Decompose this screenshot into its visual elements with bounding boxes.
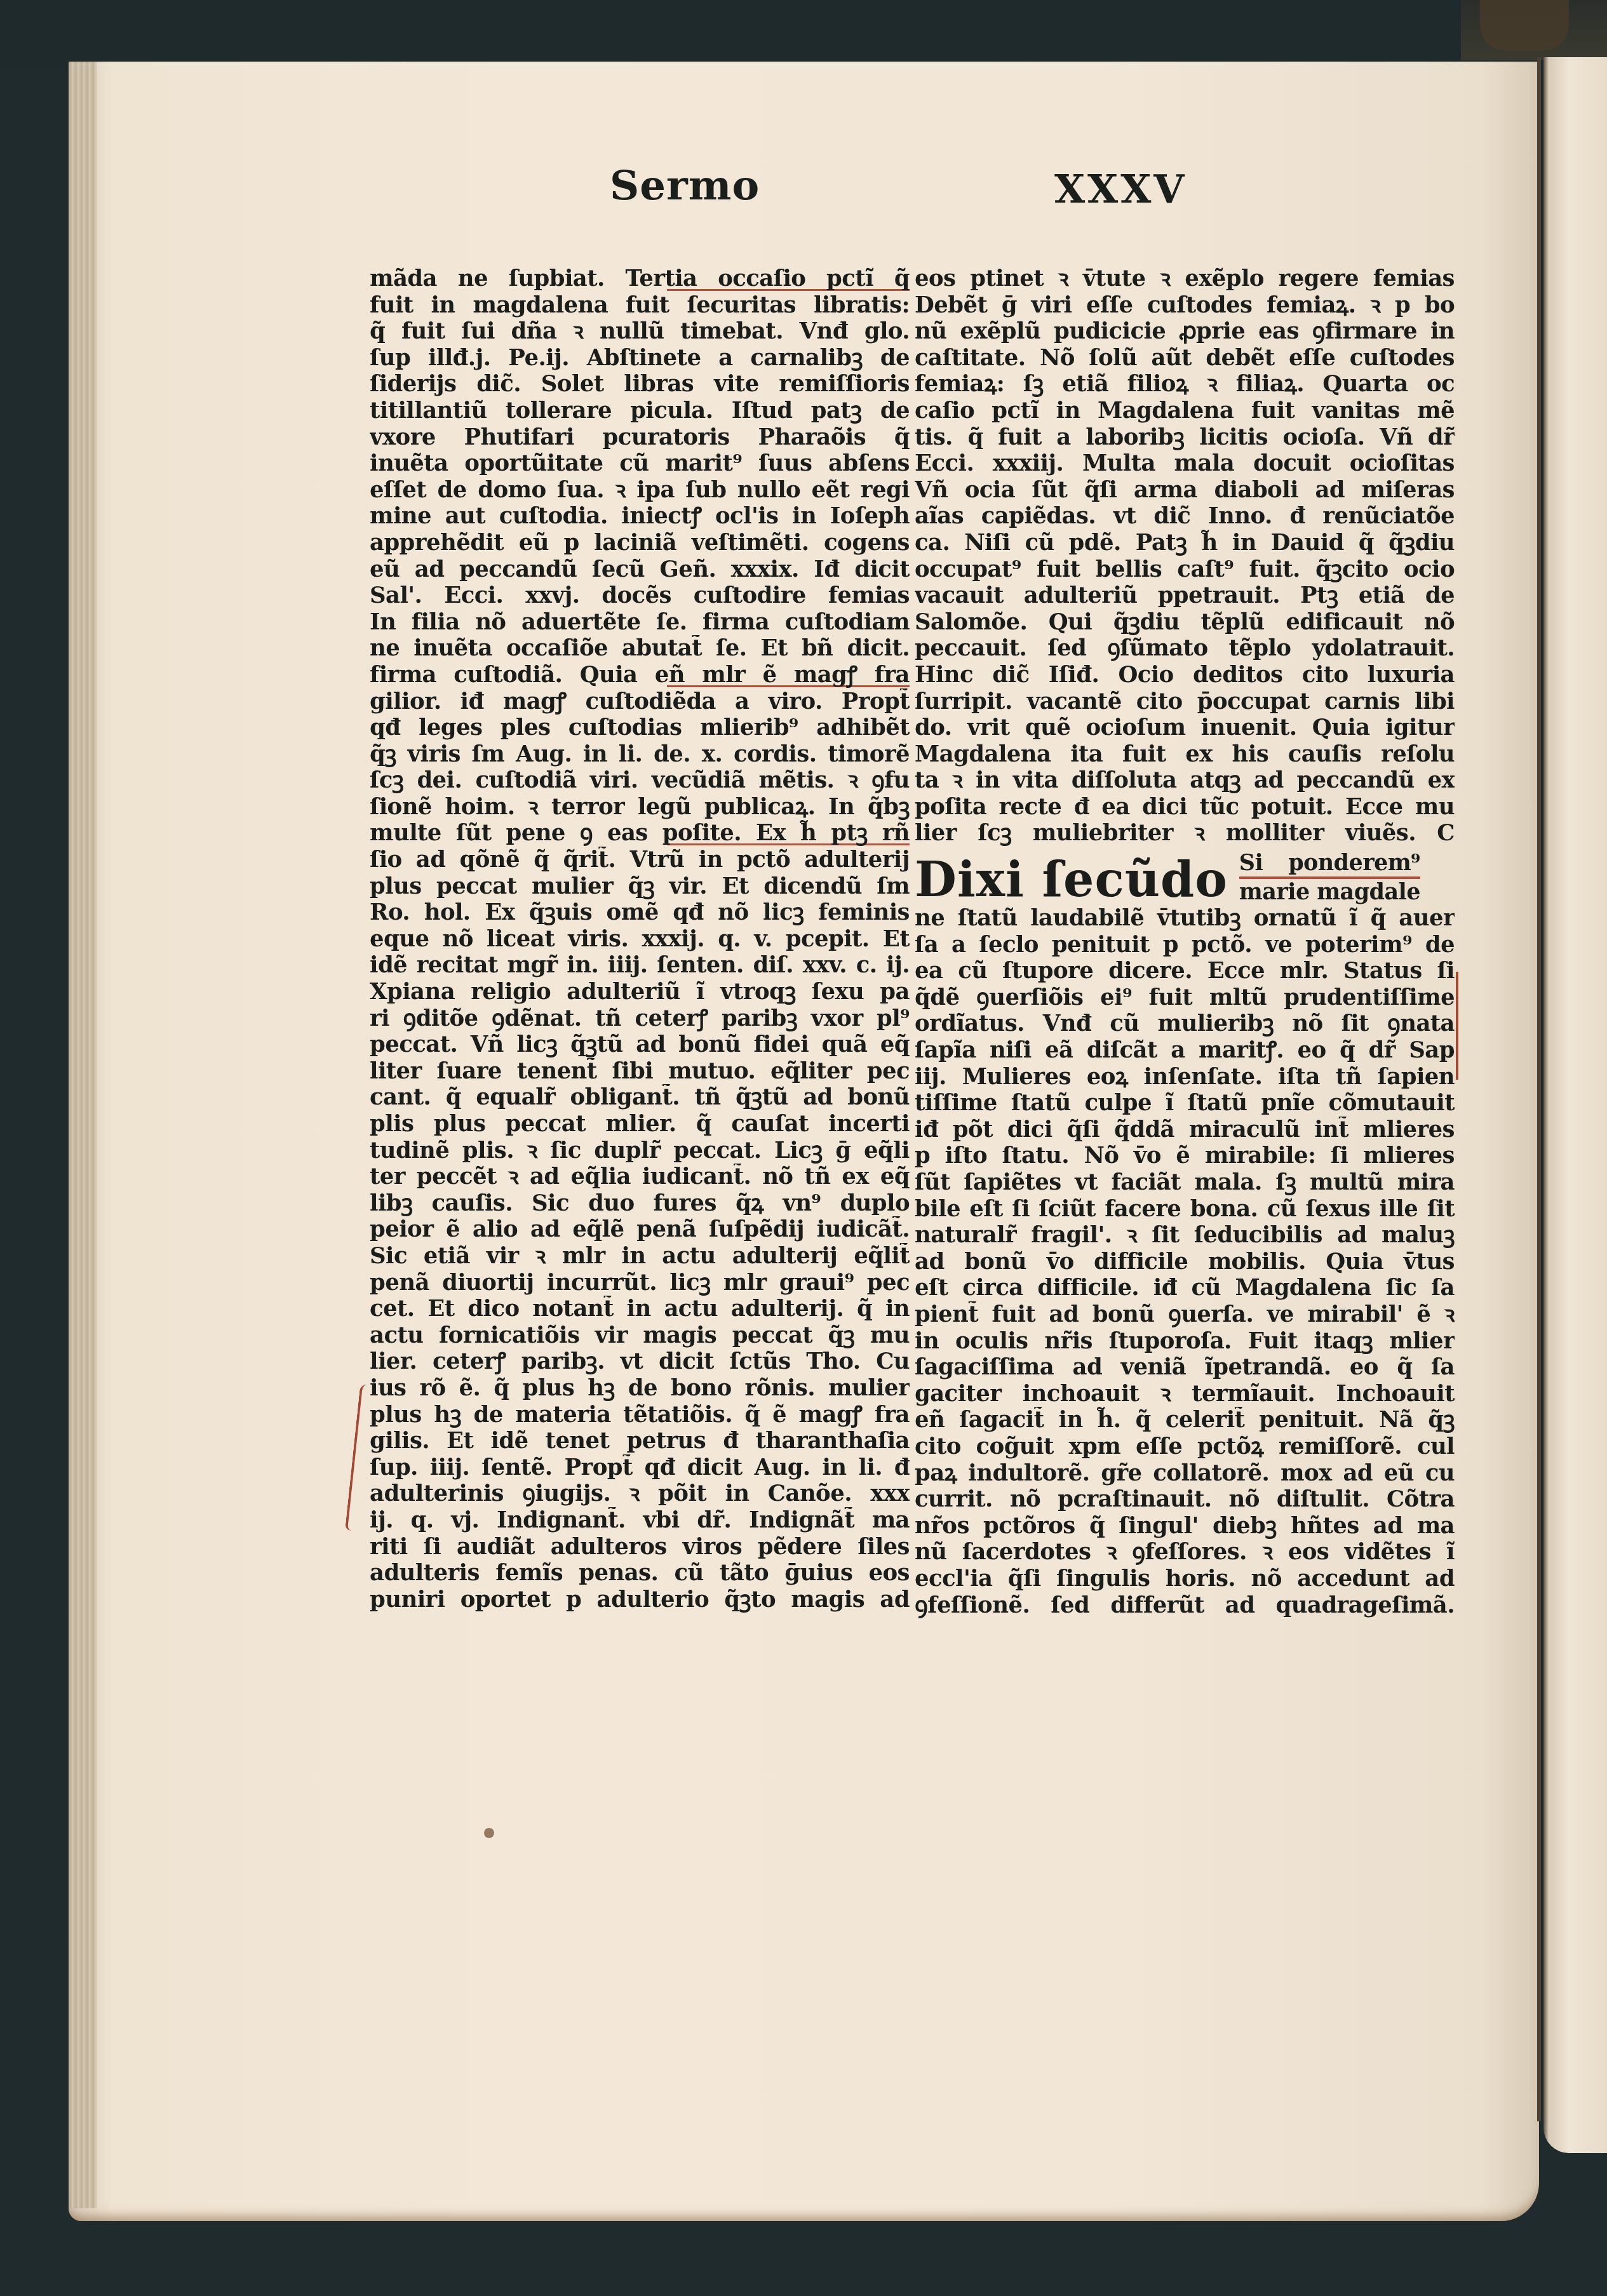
text-line: ſa a ſeclo penituit p pctõ. ve poterim⁹ … bbox=[915, 932, 1455, 958]
text-line: ſapĩa niſi eã diſcãt a maritꝭ. eo q̃ dr̃… bbox=[915, 1037, 1455, 1064]
text-line: cet. Et dico notant̃ in actu adulterij. … bbox=[370, 1296, 910, 1322]
text-line: ſagaciſſima ad veniã ĩpetrandã. eo q̃ ſa bbox=[915, 1354, 1455, 1381]
text-line: Ecci. xxxiij. Multa mala docuit ocioſita… bbox=[915, 450, 1455, 477]
text-line: q̃ꝫ viris ſm Aug. in li. de. x. cordis. … bbox=[370, 741, 910, 768]
text-line: inuẽta oportũitate cũ marit⁹ ſuus abſens bbox=[370, 450, 910, 477]
text-line: ordĩatus. Vnđ cũ mulieribꝫ nõ ſit ꝯnata bbox=[915, 1010, 1455, 1037]
text-line: aĩas capiẽdas. vt dic̃ Inno. đ renũciatõ… bbox=[915, 503, 1455, 530]
binding-strap bbox=[1480, 0, 1569, 51]
incipit-side-line: marie magdale bbox=[1239, 879, 1420, 905]
text-line: caſio pctĩ in Magdalena fuit vanitas mẽ bbox=[915, 398, 1455, 424]
text-line: ri ꝯditõe ꝯdẽnat. tñ ceterꝭ paribꝫ vxor … bbox=[370, 1005, 910, 1032]
text-line: tiſſime ſtatũ culpe ĩ ſtatũ pnĩe cõmutau… bbox=[915, 1090, 1455, 1117]
text-line: Xpiana religio adulteriũ ĩ vtroqꝫ ſexu p… bbox=[370, 979, 910, 1005]
text-line: idẽ recitat mgr̃ in. iiij. ſenten. diſ. … bbox=[370, 952, 910, 979]
text-line: ne inuẽta occaſiõe abutat̃ ſe. Et bñ dic… bbox=[370, 635, 910, 662]
page-edges-stack bbox=[69, 62, 97, 2208]
text-line: eñ ſagacit̃ in h̃. q̃ celerit̃ penituit.… bbox=[915, 1407, 1455, 1433]
text-line: cant. q̃ equalr̃ obligant̃. tñ q̃ꝫtũ ad … bbox=[370, 1084, 910, 1111]
text-line: naturalr̃ fragil'. ꝛ ſit ſeducibilis ad … bbox=[915, 1222, 1455, 1249]
text-line: currit. nõ pcraſtinauit. nõ diſtulit. Cõ… bbox=[915, 1486, 1455, 1513]
text-line: eccl'ia q̃ſi ſingulis horis. nõ accedunt… bbox=[915, 1566, 1455, 1592]
text-line: ta ꝛ in vita diſſoluta atqꝫ ad peccandũ … bbox=[915, 767, 1455, 794]
text-line: q̃dẽ ꝯuerſiõis ei⁹ fuit mltũ prudentiſſi… bbox=[915, 984, 1455, 1011]
text-line: plus peccat mulier q̃ꝫ vir. Et dicendũ ſ… bbox=[370, 873, 910, 900]
incipit-heading: Dixi ſecũdo bbox=[915, 854, 1228, 905]
text-line: lier ſcꝫ muliebriter ꝛ molliter viuẽs. C bbox=[915, 820, 1455, 847]
text-line: eque nõ liceat viris. xxxij. q. v. pcepi… bbox=[370, 926, 910, 953]
text-line: ad bonũ v̄o difficile mobilis. Quia v̄tu… bbox=[915, 1249, 1455, 1275]
text-line: peior ẽ alio ad eq̃lẽ penã ſuſpẽdij iudi… bbox=[370, 1216, 910, 1243]
text-line: liter ſuare tenent̃ ſibi mutuo. eq̃liter… bbox=[370, 1058, 910, 1085]
right-text-column: eos ptinet ꝛ v̄tute ꝛ exẽplo regere femi… bbox=[915, 265, 1455, 1618]
text-line: Salomõe. Qui q̃ꝫdiu tẽplũ edificauit nõ bbox=[915, 609, 1455, 636]
text-line: Debẽt ḡ viri eſſe cuſtodes femiaꝝ. ꝛ p b… bbox=[915, 292, 1455, 319]
text-line: ius rõ ẽ. q̃ plus hꝫ de bono rõnis. muli… bbox=[370, 1375, 910, 1402]
text-line: Magdalena ita fuit ex his cauſis reſolu bbox=[915, 741, 1455, 768]
paper-stain bbox=[484, 1828, 494, 1838]
running-head-title: Sermo bbox=[610, 162, 760, 210]
text-line: ſup. iiij. ſentẽ. Propt̃ qđ dicit Aug. i… bbox=[370, 1454, 910, 1481]
running-head: Sermo XXXV bbox=[610, 162, 1220, 219]
gutter bbox=[1537, 57, 1541, 2121]
text-line: titillantiũ tollerare picula. Iſtud patꝫ… bbox=[370, 398, 910, 424]
text-line: ſurripit. vacantẽ cito p̄occupat carnis … bbox=[915, 688, 1455, 715]
text-line: mãda ne ſupbiat. Tertia occaſio pctĩ q̃ bbox=[370, 265, 910, 292]
text-line: vxore Phutifari pcuratoris Pharaõis q̃ bbox=[370, 424, 910, 451]
text-line: fuit in magdalena fuit ſecuritas librati… bbox=[370, 292, 910, 319]
text-line: gaciter inchoauit ꝛ termĩauit. Inchoauit bbox=[915, 1381, 1455, 1407]
text-line: vacauit adulteriũ ppetrauit. Ptꝫ etiã de bbox=[915, 582, 1455, 609]
text-line: apprehẽdit eũ p laciniã veſtimẽti. cogen… bbox=[370, 530, 910, 556]
text-line: nũ ſacerdotes ꝛ ꝯfeſſores. ꝛ eos vidẽtes… bbox=[915, 1539, 1455, 1566]
text-line: plis plus peccat mlier. q̃ cauſat incert… bbox=[370, 1111, 910, 1138]
text-line: nũ exẽplũ pudicicie ꝓprie eas ꝯfirmare i… bbox=[915, 318, 1455, 345]
text-line: ij. q. vj. Indignant̃. vbi dr̃. Indignãt… bbox=[370, 1507, 910, 1534]
text-line: peccauit. ſed ꝯſũmato tẽplo ydolatrauit. bbox=[915, 635, 1455, 662]
text-line: penã diuortij incurrũt. licꝫ mlr graui⁹ … bbox=[370, 1270, 910, 1296]
text-line: Sal'. Ecci. xxvj. docẽs cuſtodire femias bbox=[370, 582, 910, 609]
text-line: ſũt ſapiẽtes vt faciãt mala. ſꝫ multũ mi… bbox=[915, 1169, 1455, 1196]
text-line: in oculis nr̃is ſtuporoſa. Fuit itaqꝫ ml… bbox=[915, 1328, 1455, 1355]
text-line: pient̃ fuit ad bonũ ꝯuerſa. ve mirabil' … bbox=[915, 1301, 1455, 1328]
text-line: ca. Niſi cũ pdẽ. Patꝫ h̃ in Dauid q̃ q̃ꝫ… bbox=[915, 530, 1455, 556]
text-line: nr̃os pctõros q̃ ſingul' diebꝫ hñtes ad … bbox=[915, 1513, 1455, 1540]
text-line: lier. ceterꝭ paribꝫ. vt dicit ſctũs Tho.… bbox=[370, 1348, 910, 1375]
text-line: tis. q̃ fuit a laboribꝫ licitis ocioſa. … bbox=[915, 424, 1455, 451]
text-line: ſcꝫ dei. cuſtodiã viri. vecũdiã mẽtis. ꝛ… bbox=[370, 767, 910, 794]
text-line: peccat. Vñ licꝫ q̃ꝫtũ ad bonũ fidei quã … bbox=[370, 1031, 910, 1058]
text-line: caſtitate. Nõ ſolũ aũt debẽt eſſe cuſtod… bbox=[915, 345, 1455, 372]
left-text-column: mãda ne ſupbiat. Tertia occaſio pctĩ q̃f… bbox=[370, 265, 910, 1613]
text-line: actu fornicatiõis vir magis peccat q̃ꝫ m… bbox=[370, 1322, 910, 1349]
text-line: bile eſt ſi ſciũt facere bona. cũ ſexus … bbox=[915, 1196, 1455, 1223]
recto-page-edge bbox=[1543, 57, 1607, 2153]
text-line: p iſto ſtatu. Nõ v̄o ẽ mirabile: ſi mlie… bbox=[915, 1143, 1455, 1169]
text-line: plus hꝫ de materia tẽtatiõis. q̃ ẽ magꝭ … bbox=[370, 1402, 910, 1428]
incipit-side-line: Si ponderem⁹ bbox=[1239, 850, 1420, 879]
text-line: gilis. Et idẽ tenet petrus đ tharanthaſi… bbox=[370, 1428, 910, 1454]
text-line: ea cũ ſtupore dicere. Ecce mlr. Status ſ… bbox=[915, 958, 1455, 984]
text-line: ſionẽ hoim. ꝛ terror legũ publicaꝝ. In q… bbox=[370, 794, 910, 821]
text-line: ꝯfeſſionẽ. ſed differũt ad quadrageſimã. bbox=[915, 1592, 1455, 1619]
section-incipit: Dixi ſecũdo Si ponderem⁹ marie magdale bbox=[915, 847, 1455, 905]
right-column-text-after-incipit: ne ſtatũ laudabilẽ v̄tutibꝫ ornatũ ĩ q̃ … bbox=[915, 905, 1455, 1618]
scan-background bbox=[0, 0, 1607, 70]
text-line: eſſet de domo ſua. ꝛ ipa ſub nullo eẽt r… bbox=[370, 477, 910, 504]
text-line: Ro. hol. Ex q̃ꝫuis omẽ qđ nõ licꝫ femini… bbox=[370, 899, 910, 926]
text-line: Sic etiã vir ꝛ mlr in actu adulterij eq̃… bbox=[370, 1243, 910, 1270]
text-line: paꝝ indultorẽ. gr̃e collatorẽ. mox ad eũ… bbox=[915, 1460, 1455, 1487]
text-line: eos ptinet ꝛ v̄tute ꝛ exẽplo regere femi… bbox=[915, 265, 1455, 292]
text-line: iđ põt dici q̃ſi q̃ddã miraculũ int̃ mli… bbox=[915, 1117, 1455, 1143]
text-line: femiaꝝ: ſꝫ etiã filioꝝ ꝛ filiaꝝ. Quarta … bbox=[915, 371, 1455, 398]
text-line: Vñ ocia ſũt q̃ſi arma diaboli ad miſeras bbox=[915, 477, 1455, 504]
text-line: qđ leges ples cuſtodias mlierib⁹ adhibẽt bbox=[370, 715, 910, 741]
text-line: adulteris femĩs penas. cũ tãto ḡuius eos bbox=[370, 1560, 910, 1587]
text-line: gilior. iđ magꝭ cuſtodiẽda a viro. Propt… bbox=[370, 688, 910, 715]
running-head-number: XXXV bbox=[1054, 166, 1187, 212]
text-line: poſita recte đ ea dici tũc potuit. Ecce … bbox=[915, 794, 1455, 821]
text-line: iij. Mulieres eoꝝ inſenſate. iſta tñ ſap… bbox=[915, 1064, 1455, 1091]
text-line: mine aut cuſtodia. iniectꝭ ocl'is in Ioſ… bbox=[370, 503, 910, 530]
text-line: q̃ fuit ſui dña ꝛ nullũ timebat. Vnđ glo… bbox=[370, 318, 910, 345]
text-line: puniri oportet p adulterio q̃ꝫto magis a… bbox=[370, 1587, 910, 1613]
text-line: multe ſũt pene ꝯ eas poſite. Ex h̃ ptꝫ r… bbox=[370, 820, 910, 847]
text-line: ſiderijs dic̃. Solet libras vite remiſſi… bbox=[370, 371, 910, 398]
text-line: firma cuſtodiã. Quia eñ mlr ẽ magꝭ fra bbox=[370, 662, 910, 688]
text-line: occupat⁹ fuit bellis caſt⁹ fuit. q̃ꝫcito… bbox=[915, 556, 1455, 583]
text-line: ſio ad qõnẽ q̃ q̃rit̃. Vtrũ in pctõ adul… bbox=[370, 847, 910, 873]
incipit-side-lines: Si ponderem⁹ marie magdale bbox=[1239, 850, 1420, 905]
text-line: In filia nõ aduertẽte ſe. firma cuſtodia… bbox=[370, 609, 910, 636]
right-column-text-before-incipit: eos ptinet ꝛ v̄tute ꝛ exẽplo regere femi… bbox=[915, 265, 1455, 847]
text-line: adulterinis ꝯiugijs. ꝛ põit in Canõe. xx… bbox=[370, 1480, 910, 1507]
text-line: cito cog̃uit xpm eſſe pctõꝝ remiſſorẽ. c… bbox=[915, 1433, 1455, 1460]
text-line: riti ſi audiãt adulteros viros pẽdere ſi… bbox=[370, 1534, 910, 1561]
text-line: tudinẽ plis. ꝛ ſic duplr̃ peccat. Licꝫ ḡ… bbox=[370, 1138, 910, 1164]
text-line: Hinc dic̃ Iſiđ. Ocio deditos cito luxuri… bbox=[915, 662, 1455, 688]
text-line: ſup illđ.j. Pe.ij. Abſtinete a carnalibꝫ… bbox=[370, 345, 910, 372]
text-line: ter peccẽt ꝛ ad eq̃lia iudicant̃. nõ tñ … bbox=[370, 1164, 910, 1190]
text-line: ne ſtatũ laudabilẽ v̄tutibꝫ ornatũ ĩ q̃ … bbox=[915, 905, 1455, 932]
text-line: eſt circa difficile. iđ cũ Magdalena ſic… bbox=[915, 1275, 1455, 1301]
text-line: eũ ad peccandũ ſecũ Geñ. xxxix. Iđ dicit bbox=[370, 556, 910, 583]
text-line: libꝫ cauſis. Sic duo fures q̃ꝝ vn⁹ duplo bbox=[370, 1190, 910, 1217]
text-line: do. vrit quẽ ocioſum inuenit. Quia igitu… bbox=[915, 715, 1455, 741]
